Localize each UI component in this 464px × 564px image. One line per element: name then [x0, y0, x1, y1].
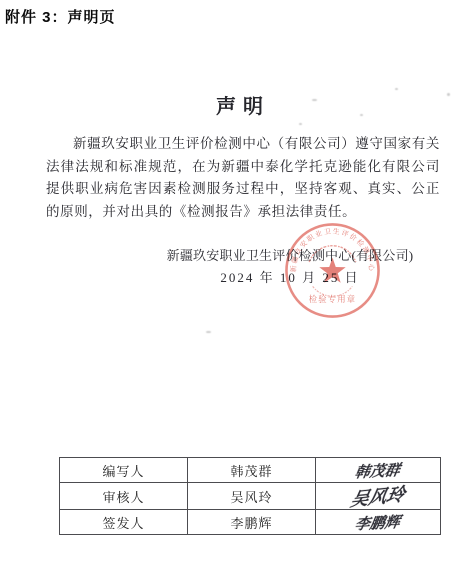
scan-noise-speck: [206, 331, 211, 333]
table-cell-role: 签发人: [60, 510, 188, 535]
table-row-reviewer: 审核人 吴风玲 吴风玲: [60, 483, 441, 510]
statement-title: 声明: [46, 90, 440, 119]
table-row-writer: 编写人 韩茂群 韩茂群: [60, 458, 441, 483]
table-cell-name: 韩茂群: [188, 458, 316, 483]
statement-paragraph: 新疆玖安职业卫生评价检测中心（有限公司）遵守国家有关法律法规和标准规范，在为新疆…: [46, 133, 440, 223]
attachment-label: 附件 3：声明页: [5, 6, 116, 27]
scan-noise-speck: [360, 114, 363, 116]
table-row-issuer: 签发人 李鹏辉 李鹏辉: [60, 510, 441, 535]
statement-page: 附件 3：声明页 声明 新疆玖安职业卫生评价检测中心（有限公司）遵守国家有关法律…: [0, 0, 464, 564]
table-cell-role: 审核人: [60, 483, 188, 510]
scan-noise-speck: [312, 99, 317, 101]
scan-noise-speck: [447, 93, 450, 96]
table-cell-name: 李鹏辉: [188, 510, 316, 535]
handwritten-signature: 吴风玲: [348, 480, 407, 512]
approval-table: 编写人 韩茂群 韩茂群 审核人 吴风玲 吴风玲 签发人 李鹏辉 李鹏辉: [59, 457, 441, 535]
table-cell-signature: 李鹏辉: [316, 510, 441, 535]
handwritten-signature: 韩茂群: [354, 458, 402, 482]
scan-noise-speck: [395, 88, 398, 90]
scan-noise-speck: [299, 123, 302, 125]
handwritten-signature: 李鹏辉: [354, 510, 402, 534]
stamp-bottom-text: 检验专用章: [309, 294, 356, 304]
table-cell-signature: 吴风玲: [316, 483, 441, 510]
table-cell-role: 编写人: [60, 458, 188, 483]
table-cell-signature: 韩茂群: [316, 458, 441, 483]
table-cell-name: 吴风玲: [188, 483, 316, 510]
stamp-star-icon: [319, 258, 345, 283]
company-seal-stamp: 新疆玖安职业卫生评价检测中心 检验专用章: [283, 221, 382, 320]
